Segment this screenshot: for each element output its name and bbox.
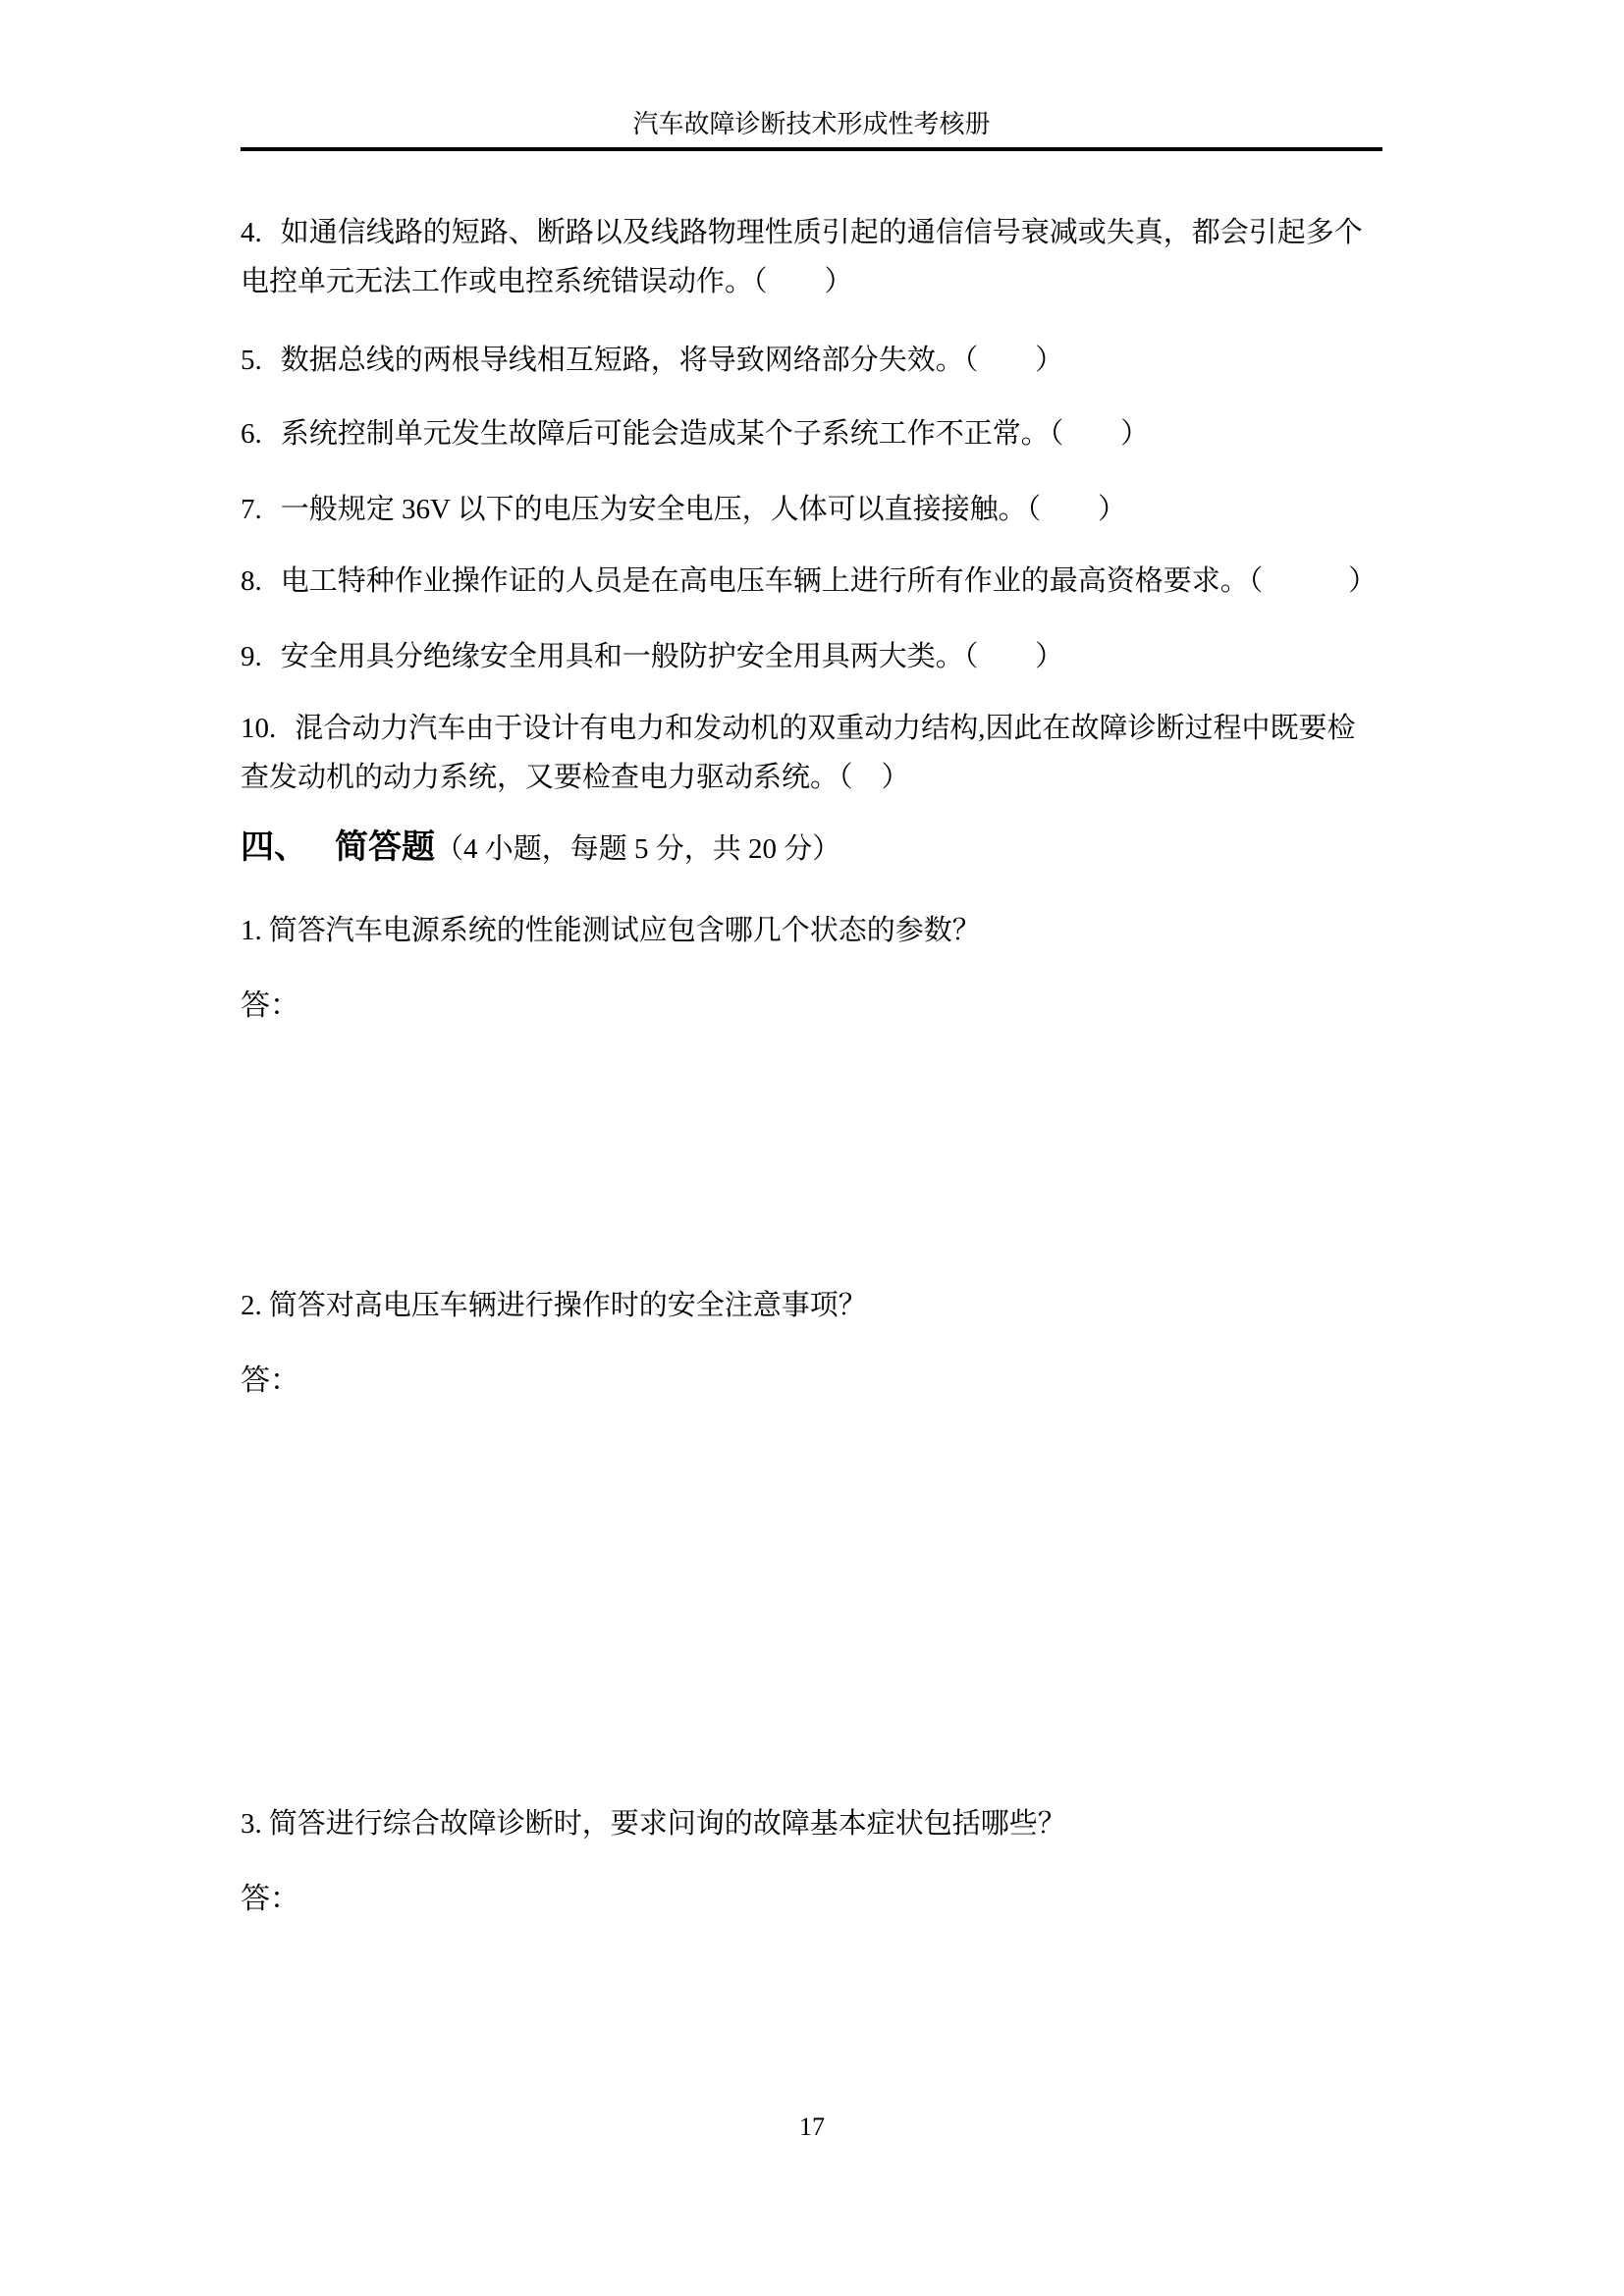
- section-number: 四、: [241, 829, 307, 866]
- question-9-number: 9.: [241, 641, 262, 672]
- question-4: 4.如通信线路的短路、断路以及线路物理性质引起的通信信号衰减或失真，都会引起多个…: [241, 208, 1382, 306]
- short-answer-question-3: 3.简答进行综合故障诊断时，要求问询的故障基本症状包括哪些？: [241, 1799, 1382, 1848]
- question-7-number: 7.: [241, 494, 262, 525]
- question-7-text: 一般规定 36V 以下的电压为安全电压，人体可以直接接触。（ ）: [281, 494, 1126, 525]
- question-9: 9.安全用具分绝缘安全用具和一般防护安全用具两大类。（ ）: [241, 632, 1382, 681]
- short-answer-1-text: 简答汽车电源系统的性能测试应包含哪几个状态的参数？: [269, 915, 981, 946]
- short-answer-2-number: 2.: [241, 1290, 262, 1321]
- document-page: 汽车故障诊断技术形成性考核册 4.如通信线路的短路、断路以及线路物理性质引起的通…: [0, 0, 1624, 2296]
- answer-label-2: 答：: [241, 1357, 1382, 1406]
- question-8: 8.电工特种作业操作证的人员是在高电压车辆上进行所有作业的最高资格要求。（ ）: [241, 557, 1382, 606]
- answer-label-1: 答：: [241, 982, 1382, 1031]
- short-answer-question-1: 1.简答汽车电源系统的性能测试应包含哪几个状态的参数？: [241, 906, 1382, 955]
- question-10-number: 10.: [241, 713, 276, 744]
- question-5: 5.数据总线的两根导线相互短路，将导致网络部分失效。（ ）: [241, 336, 1382, 385]
- page-header: 汽车故障诊断技术形成性考核册: [241, 0, 1382, 151]
- answer-label-3: 答：: [241, 1875, 1382, 1924]
- question-6: 6.系统控制单元发生故障后可能会造成某个子系统工作不正常。（ ）: [241, 409, 1382, 458]
- question-4-number: 4.: [241, 217, 262, 248]
- short-answer-3-number: 3.: [241, 1808, 262, 1840]
- question-8-number: 8.: [241, 565, 262, 597]
- question-6-number: 6.: [241, 418, 262, 450]
- question-5-text: 数据总线的两根导线相互短路，将导致网络部分失效。（ ）: [281, 345, 1064, 376]
- question-5-number: 5.: [241, 345, 262, 376]
- header-title: 汽车故障诊断技术形成性考核册: [632, 110, 990, 138]
- page-content: 汽车故障诊断技术形成性考核册 4.如通信线路的短路、断路以及线路物理性质引起的通…: [241, 0, 1382, 1924]
- question-6-text: 系统控制单元发生故障后可能会造成某个子系统工作不正常。（ ）: [281, 418, 1150, 450]
- question-8-text: 电工特种作业操作证的人员是在高电压车辆上进行所有作业的最高资格要求。（ ）: [281, 565, 1378, 597]
- short-answer-question-2: 2.简答对高电压车辆进行操作时的安全注意事项？: [241, 1281, 1382, 1330]
- question-10: 10.混合动力汽车由于设计有电力和发动机的双重动力结构,因此在故障诊断过程中既要…: [241, 704, 1382, 802]
- page-number: 17: [0, 2112, 1624, 2142]
- short-answer-3-text: 简答进行综合故障诊断时，要求问询的故障基本症状包括哪些？: [269, 1808, 1066, 1840]
- section-title: 四、简答题: [241, 829, 435, 866]
- question-4-text: 如通信线路的短路、断路以及线路物理性质引起的通信信号衰减或失真，都会引起多个电控…: [241, 217, 1363, 297]
- short-answer-2-text: 简答对高电压车辆进行操作时的安全注意事项？: [269, 1290, 867, 1321]
- question-10-text: 混合动力汽车由于设计有电力和发动机的双重动力结构,因此在故障诊断过程中既要检查发…: [241, 713, 1356, 793]
- section-title-text: 简答题: [335, 829, 435, 866]
- short-answer-1-number: 1.: [241, 915, 262, 946]
- question-7: 7.一般规定 36V 以下的电压为安全电压，人体可以直接接触。（ ）: [241, 485, 1382, 534]
- section-note: （4 小题，每题 5 分，共 20 分）: [435, 833, 840, 865]
- section-heading: 四、简答题（4 小题，每题 5 分，共 20 分）: [241, 829, 1382, 868]
- question-9-text: 安全用具分绝缘安全用具和一般防护安全用具两大类。（ ）: [281, 641, 1064, 672]
